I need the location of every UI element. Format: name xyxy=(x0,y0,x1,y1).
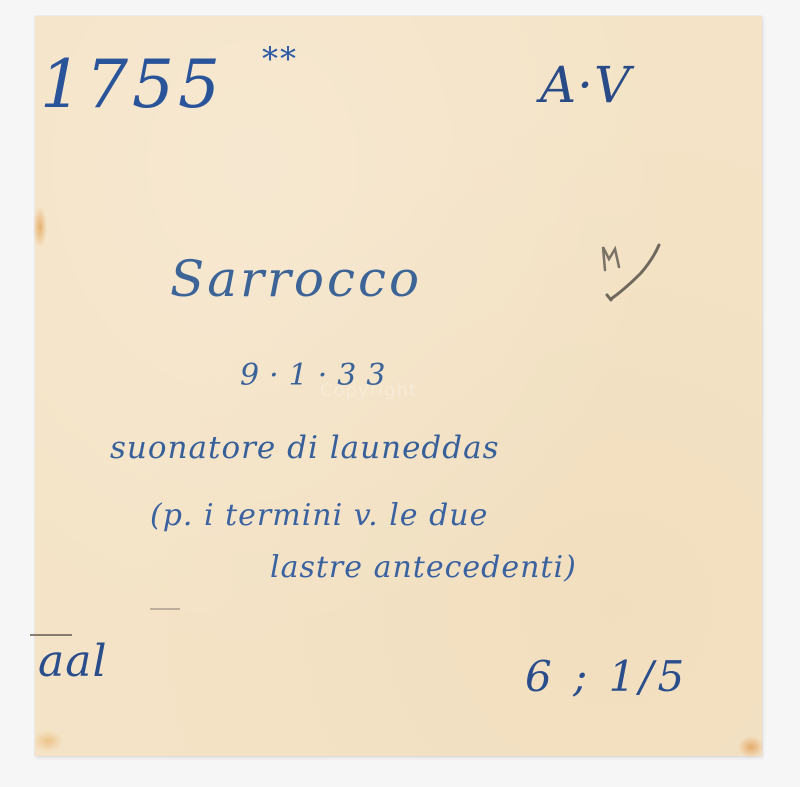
watermark: Copyright xyxy=(320,380,417,401)
bottom-left-note: aal xyxy=(38,636,108,687)
catalog-stars: ** xyxy=(262,40,298,78)
description-line-2: (p. i termini v. le due xyxy=(150,498,488,533)
description-line-1: suonatore di launeddas xyxy=(110,430,500,466)
pencil-check-mark-icon xyxy=(585,225,665,305)
catalog-number: 1755 xyxy=(40,46,224,123)
description-line-3: lastre antecedenti) xyxy=(270,550,577,585)
paper-stain xyxy=(33,730,63,752)
paper-stain xyxy=(33,206,47,248)
card-title: Sarrocco xyxy=(170,250,422,308)
paper-stain xyxy=(738,736,764,758)
bottom-right-note: 6 ; 1/5 xyxy=(525,652,688,701)
corner-code: A·V xyxy=(540,56,631,114)
pencil-dash xyxy=(150,608,180,610)
